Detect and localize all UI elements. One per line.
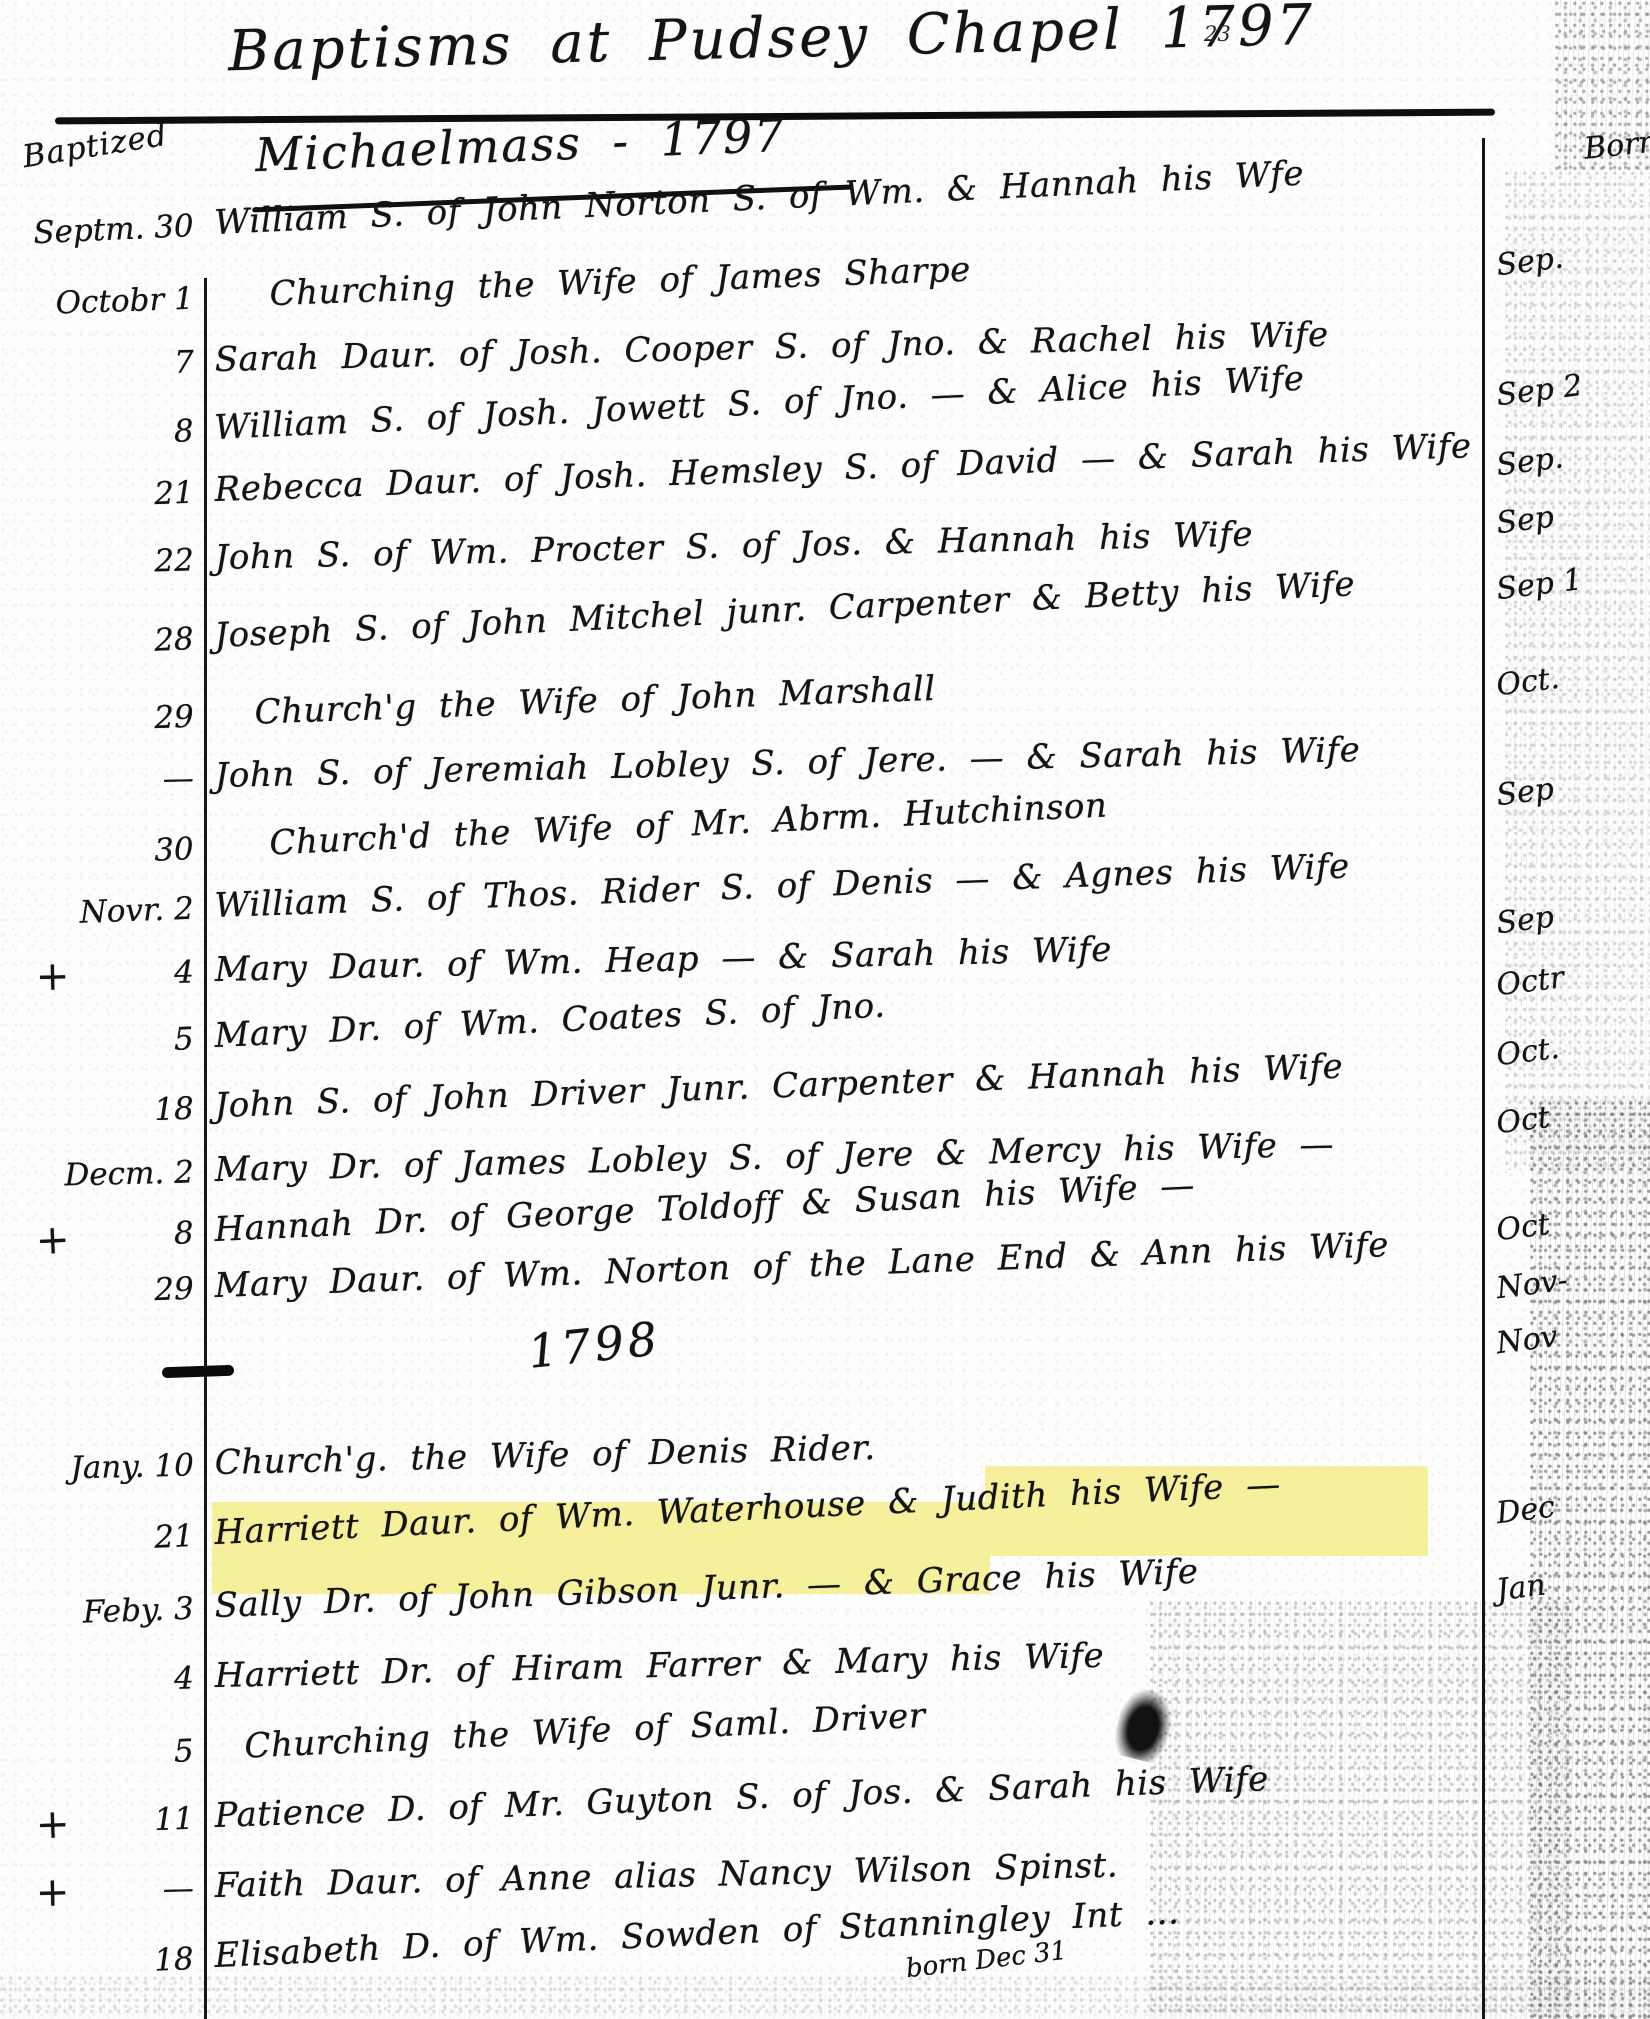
entry-date: 22: [5, 542, 194, 582]
entry-date: 21: [5, 475, 194, 518]
born-month: Sep.: [1495, 428, 1650, 483]
entry-date: 29: [5, 699, 194, 742]
born-month: Octr: [1495, 948, 1650, 1003]
entry-date: 30: [5, 831, 194, 875]
entry-date: 8: [5, 1215, 194, 1259]
born-month: Sep: [1495, 758, 1650, 813]
entry-date: —: [5, 760, 194, 800]
entry-date: 5: [5, 1733, 194, 1777]
born-month: Oct.: [1495, 648, 1650, 703]
born-month: Sep 1: [1495, 552, 1650, 607]
entry-date: 18: [5, 1091, 194, 1134]
entry-date: Novr. 2: [5, 891, 194, 934]
entry-date: Octobr 1: [5, 281, 194, 324]
born-month: Sep 2: [1495, 358, 1650, 413]
born-month: Jan: [1495, 1553, 1650, 1608]
entry-date: Septm. 30: [5, 208, 194, 252]
entry-date: 28: [5, 621, 194, 665]
entry-date: 4: [5, 1660, 194, 1700]
born-month: Sep.: [1495, 228, 1650, 283]
entry-date: 4: [5, 954, 194, 994]
entry-date: Decm. 2: [5, 1154, 194, 1194]
entry-date: Feby. 3: [5, 1591, 194, 1634]
born-month: Oct: [1495, 1086, 1650, 1141]
born-month: Oct.: [1495, 1018, 1650, 1073]
entry-date: 29: [5, 1271, 194, 1314]
born-month: Nov-: [1495, 1251, 1650, 1306]
born-month: Oct: [1495, 1193, 1650, 1248]
born-month: Sep: [1495, 486, 1650, 541]
entry-date: Jany. 10: [5, 1447, 194, 1487]
entry-date: 5: [5, 1021, 194, 1065]
register-page: { "page": { "title": "Baptisms at Pudsey…: [0, 0, 1650, 2019]
entry-date: 11: [5, 1801, 194, 1844]
entry-date: 18: [5, 1941, 194, 1985]
born-month: Dec: [1495, 1476, 1650, 1531]
entry-date: 7: [5, 344, 194, 384]
entry-date: 21: [5, 1518, 194, 1562]
born-month: Sep: [1495, 886, 1650, 941]
born-month: Nov: [1495, 1306, 1650, 1361]
entry-date: 8: [5, 413, 194, 457]
entry-date: —: [5, 1870, 194, 1910]
